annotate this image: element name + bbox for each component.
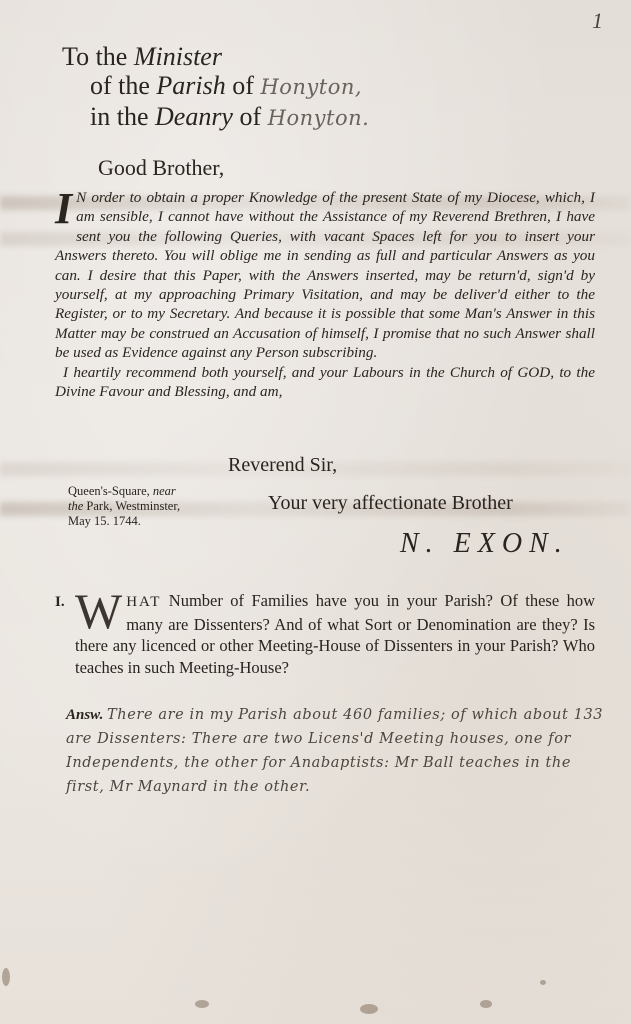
- address-line-2: of the Parish of Honyton,: [62, 71, 369, 102]
- handwritten-answer: There are in my Parish about 460 familie…: [66, 707, 603, 795]
- signature: N. EXON.: [400, 528, 569, 560]
- answer-label: Answ.: [66, 707, 103, 723]
- dateline-date: May 15. 1744.: [68, 514, 180, 529]
- query-text: WHAT Number of Families have you in your…: [75, 590, 595, 678]
- valediction: Your very affectionate Brother: [268, 492, 513, 515]
- letter-body: I N order to obtain a proper Knowledge o…: [55, 188, 595, 401]
- address-block: To the Minister of the Parish of Honyton…: [62, 42, 369, 133]
- paper-spot: [540, 980, 546, 985]
- paper-spot: [2, 968, 10, 986]
- letter-paragraph: N order to obtain a proper Knowledge of …: [55, 189, 595, 361]
- address-line-1: To the Minister: [62, 42, 369, 71]
- query-1: I. WHAT Number of Families have you in y…: [55, 590, 595, 678]
- query-number: I.: [55, 592, 65, 614]
- paper-spot: [360, 1004, 378, 1014]
- salutation: Reverend Sir,: [228, 454, 337, 477]
- dateline-line-1: Queen's-Square, near: [68, 484, 180, 499]
- answer-1: Answ. There are in my Parish about 460 f…: [66, 703, 611, 799]
- letter-closing-paragraph: I heartily recommend both yourself, and …: [55, 363, 595, 402]
- folio-number: 1: [592, 8, 603, 34]
- handwritten-deanery-name: Honyton.: [268, 106, 370, 130]
- document-page: 1 To the Minister of the Parish of Honyt…: [0, 0, 631, 1024]
- handwritten-parish-name: Honyton,: [260, 75, 362, 99]
- dateline: Queen's-Square, near the Park, Westminst…: [68, 484, 180, 529]
- paper-spot: [480, 1000, 492, 1008]
- query-dropcap: W: [75, 590, 126, 632]
- dateline-line-2: the Park, Westminster,: [68, 499, 180, 514]
- address-line-3: in the Deanry of Honyton.: [62, 102, 369, 133]
- greeting: Good Brother,: [98, 155, 224, 181]
- query-smallcaps: HAT: [126, 594, 161, 610]
- letter-dropcap: I: [55, 190, 76, 228]
- paper-spot: [195, 1000, 209, 1008]
